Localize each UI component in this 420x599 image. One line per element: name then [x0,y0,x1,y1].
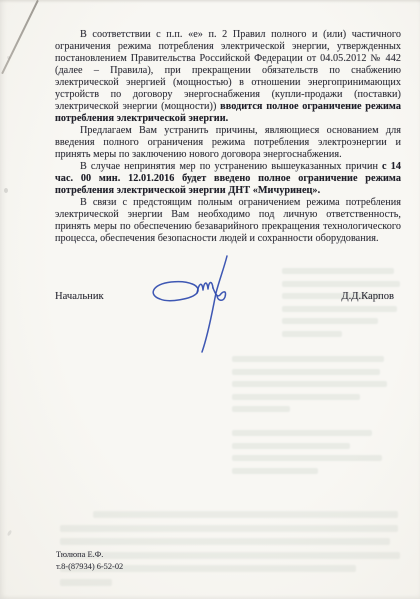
signer-position: Начальник [55,291,104,302]
paragraph-safety: В связи с предстоящим полным ограничение… [55,197,401,245]
scan-speck [7,530,13,537]
paragraph-text: В случае непринятия мер по устранению вы… [80,161,382,172]
paragraph-deadline: В случае непринятия мер по устранению вы… [55,161,401,197]
signer-name: Д.Д.Карпов [341,291,394,302]
signature-ink [146,252,260,358]
scan-artifact-diagonal [1,0,39,74]
letter-body: В соответствии с п.п. «е» п. 2 Правил по… [55,29,401,245]
bleed-through-text [282,268,402,343]
bleed-through-text [232,430,390,480]
bleed-through-text [232,356,390,419]
paragraph-proposal: Предлагаем Вам устранить причины, являющ… [55,125,401,161]
executor-name: Тюлюпа Е.Ф. [56,549,123,561]
paragraph-regulation: В соответствии с п.п. «е» п. 2 Правил по… [55,29,401,125]
scan-speck [4,188,8,193]
paragraph-text: Предлагаем Вам устранить причины, являющ… [55,125,401,160]
executor-block: Тюлюпа Е.Ф. т.8-(87934) 6-52-02 [56,549,123,572]
signature-stroke-descender [202,256,227,352]
signature-row: Начальник Д.Д.Карпов [55,291,394,302]
scan-speck [7,56,10,59]
paragraph-text: В связи с предстоящим полным ограничение… [55,197,401,244]
paragraph-text: В соответствии с п.п. «е» п. 2 Правил по… [55,29,401,112]
executor-phone: т.8-(87934) 6-52-02 [56,561,123,573]
scanned-letter-page: В соответствии с п.п. «е» п. 2 Правил по… [0,0,420,599]
